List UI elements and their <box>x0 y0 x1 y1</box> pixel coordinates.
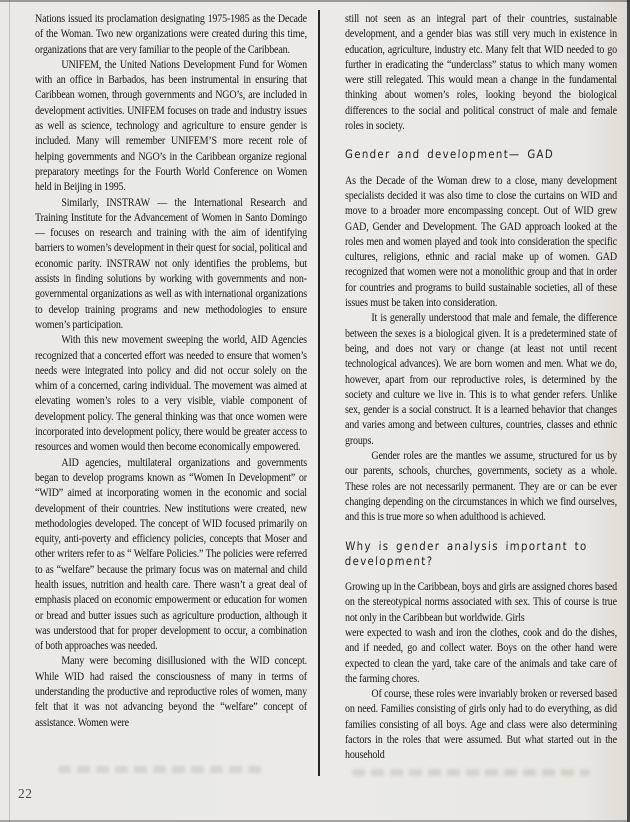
body-paragraph: Growing up in the Caribbean, boys and gi… <box>345 580 617 687</box>
body-paragraph: Similarly, INSTRAW — the International R… <box>35 196 307 334</box>
body-paragraph: It is generally understood that male and… <box>345 311 617 449</box>
body-paragraph: UNIFEM, the United Nations Development F… <box>35 58 307 196</box>
page-gutter-shadow <box>9 0 10 822</box>
section-heading: Gender and development— GAD <box>345 147 617 162</box>
body-paragraph: Gender roles are the mantles we assume, … <box>345 449 617 525</box>
body-paragraph: still not seen as an integral part of th… <box>345 12 617 134</box>
page-number: 22 <box>18 786 33 802</box>
body-paragraph: As the Decade of the Woman drew to a clo… <box>345 174 617 312</box>
body-paragraph: With this new movement sweeping the worl… <box>35 333 307 455</box>
left-column: Nations issued its proclamation designat… <box>35 12 307 731</box>
scan-edge-top <box>0 0 630 2</box>
body-paragraph: Nations issued its proclamation designat… <box>35 12 307 58</box>
body-paragraph: Many were becoming disillusioned with th… <box>35 654 307 730</box>
right-column: still not seen as an integral part of th… <box>345 12 617 764</box>
column-divider-rule <box>318 10 320 776</box>
section-heading: Why is gender analysis important to deve… <box>345 539 618 570</box>
body-paragraph: AID agencies, multilateral organizations… <box>35 456 307 655</box>
body-paragraph: Of course, these roles were invariably b… <box>345 687 617 763</box>
print-bleedthrough <box>58 766 263 773</box>
print-bleedthrough <box>352 769 590 776</box>
